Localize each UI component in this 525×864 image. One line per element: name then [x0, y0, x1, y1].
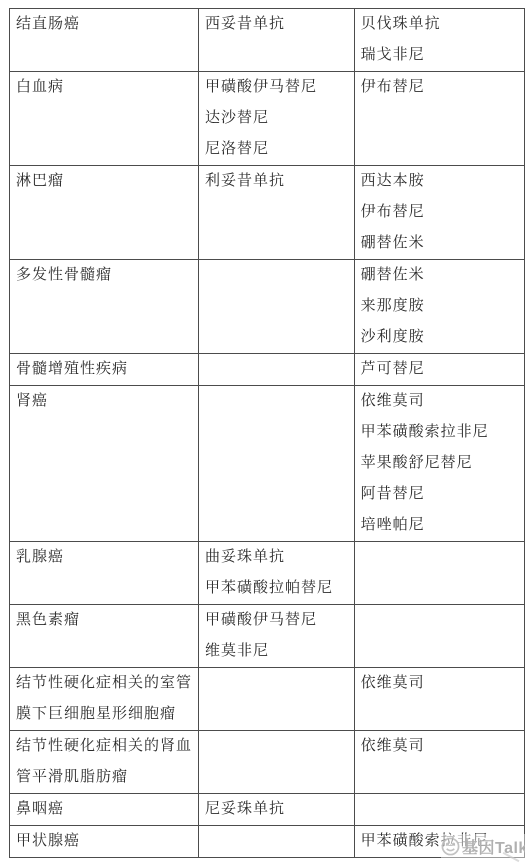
drug-cell	[199, 386, 355, 542]
table-row: 淋巴瘤利妥昔单抗西达本胺伊布替尼硼替佐米	[10, 166, 525, 260]
cell-line: 结直肠癌	[16, 9, 192, 40]
cell-line: 肾癌	[16, 386, 192, 417]
cell-line: 曲妥珠单抗	[205, 542, 348, 573]
table-row: 骨髓增殖性疾病芦可替尼	[10, 354, 525, 386]
drug-cell: 尼妥珠单抗	[199, 794, 355, 826]
drug-cell: 西达本胺伊布替尼硼替佐米	[354, 166, 524, 260]
drug-cell: 贝伐珠单抗瑞戈非尼	[354, 9, 524, 72]
table-row: 多发性骨髓瘤硼替佐米来那度胺沙利度胺	[10, 260, 525, 354]
cell-line: 瑞戈非尼	[361, 40, 518, 71]
disease-cell: 肾癌	[10, 386, 199, 542]
disease-cell: 鼻咽癌	[10, 794, 199, 826]
cell-line-empty	[361, 542, 518, 573]
cell-line-empty	[205, 386, 348, 417]
cell-line: 尼妥珠单抗	[205, 794, 348, 825]
cell-line: 管平滑肌脂肪瘤	[16, 762, 192, 793]
drug-cell	[354, 542, 524, 605]
drug-cell: 甲磺酸伊马替尼达沙替尼尼洛替尼	[199, 72, 355, 166]
cell-line: 甲磺酸伊马替尼	[205, 72, 348, 103]
drug-cell: 硼替佐米来那度胺沙利度胺	[354, 260, 524, 354]
drug-cell: 利妥昔单抗	[199, 166, 355, 260]
drug-cell	[199, 668, 355, 731]
drug-cell	[199, 826, 355, 858]
table-row: 结直肠癌西妥昔单抗贝伐珠单抗瑞戈非尼	[10, 9, 525, 72]
cell-line: 淋巴瘤	[16, 166, 192, 197]
cell-line: 鼻咽癌	[16, 794, 192, 825]
drug-cell: 芦可替尼	[354, 354, 524, 386]
cell-line: 苹果酸舒尼替尼	[361, 448, 518, 479]
cell-line-empty	[205, 354, 348, 385]
disease-cell: 白血病	[10, 72, 199, 166]
cell-line: 贝伐珠单抗	[361, 9, 518, 40]
drug-cell: 曲妥珠单抗甲苯磺酸拉帕替尼	[199, 542, 355, 605]
table-row: 乳腺癌曲妥珠单抗甲苯磺酸拉帕替尼	[10, 542, 525, 605]
cell-line: 乳腺癌	[16, 542, 192, 573]
drug-cell	[199, 731, 355, 794]
drug-cell	[199, 354, 355, 386]
drug-cell: 甲磺酸伊马替尼维莫非尼	[199, 605, 355, 668]
drug-cell	[354, 794, 524, 826]
disease-drug-table: 结直肠癌西妥昔单抗贝伐珠单抗瑞戈非尼白血病甲磺酸伊马替尼达沙替尼尼洛替尼伊布替尼…	[9, 8, 525, 858]
cell-line: 硼替佐米	[361, 260, 518, 291]
cell-line: 依维莫司	[361, 386, 518, 417]
cell-line: 黑色素瘤	[16, 605, 192, 636]
cell-line-empty	[361, 794, 518, 825]
cell-line: 结节性硬化症相关的室管	[16, 668, 192, 699]
cell-line-empty	[205, 731, 348, 762]
cell-line-empty	[361, 605, 518, 636]
cell-line: 甲苯磺酸拉帕替尼	[205, 573, 348, 604]
cell-line: 硼替佐米	[361, 228, 518, 259]
cell-line: 骨髓增殖性疾病	[16, 354, 192, 385]
cell-line: 培唑帕尼	[361, 510, 518, 541]
cell-line: 来那度胺	[361, 291, 518, 322]
cell-line: 甲磺酸伊马替尼	[205, 605, 348, 636]
document-page: 结直肠癌西妥昔单抗贝伐珠单抗瑞戈非尼白血病甲磺酸伊马替尼达沙替尼尼洛替尼伊布替尼…	[0, 0, 525, 864]
cell-line: 西妥昔单抗	[205, 9, 348, 40]
drug-table-body: 结直肠癌西妥昔单抗贝伐珠单抗瑞戈非尼白血病甲磺酸伊马替尼达沙替尼尼洛替尼伊布替尼…	[10, 9, 525, 858]
cell-line: 伊布替尼	[361, 72, 518, 103]
disease-cell: 黑色素瘤	[10, 605, 199, 668]
cell-line-empty	[205, 668, 348, 699]
drug-cell: 依维莫司	[354, 668, 524, 731]
table-row: 结节性硬化症相关的室管膜下巨细胞星形细胞瘤依维莫司	[10, 668, 525, 731]
drug-cell: 依维莫司	[354, 731, 524, 794]
cell-line-empty	[205, 826, 348, 857]
drug-cell: 甲苯磺酸索拉非尼	[354, 826, 524, 858]
drug-cell: 伊布替尼	[354, 72, 524, 166]
disease-cell: 多发性骨髓瘤	[10, 260, 199, 354]
cell-line-empty	[205, 260, 348, 291]
disease-cell: 乳腺癌	[10, 542, 199, 605]
table-row: 黑色素瘤甲磺酸伊马替尼维莫非尼	[10, 605, 525, 668]
drug-cell	[354, 605, 524, 668]
cell-line: 膜下巨细胞星形细胞瘤	[16, 699, 192, 730]
disease-cell: 淋巴瘤	[10, 166, 199, 260]
cell-line: 沙利度胺	[361, 322, 518, 353]
cell-line: 尼洛替尼	[205, 134, 348, 165]
cell-line: 伊布替尼	[361, 197, 518, 228]
table-row: 肾癌依维莫司甲苯磺酸索拉非尼苹果酸舒尼替尼阿昔替尼培唑帕尼	[10, 386, 525, 542]
cell-line: 多发性骨髓瘤	[16, 260, 192, 291]
cell-line: 白血病	[16, 72, 192, 103]
cell-line: 利妥昔单抗	[205, 166, 348, 197]
table-row: 鼻咽癌尼妥珠单抗	[10, 794, 525, 826]
cell-line: 西达本胺	[361, 166, 518, 197]
drug-cell: 依维莫司甲苯磺酸索拉非尼苹果酸舒尼替尼阿昔替尼培唑帕尼	[354, 386, 524, 542]
table-row: 白血病甲磺酸伊马替尼达沙替尼尼洛替尼伊布替尼	[10, 72, 525, 166]
cell-line: 甲苯磺酸索拉非尼	[361, 826, 518, 857]
disease-cell: 结直肠癌	[10, 9, 199, 72]
drug-cell: 西妥昔单抗	[199, 9, 355, 72]
cell-line: 甲状腺癌	[16, 826, 192, 857]
cell-line: 达沙替尼	[205, 103, 348, 134]
cell-line: 甲苯磺酸索拉非尼	[361, 417, 518, 448]
cell-line: 维莫非尼	[205, 636, 348, 667]
cell-line: 依维莫司	[361, 731, 518, 762]
cell-line: 依维莫司	[361, 668, 518, 699]
drug-cell	[199, 260, 355, 354]
cell-line: 结节性硬化症相关的肾血	[16, 731, 192, 762]
table-row: 甲状腺癌甲苯磺酸索拉非尼	[10, 826, 525, 858]
disease-cell: 结节性硬化症相关的室管膜下巨细胞星形细胞瘤	[10, 668, 199, 731]
disease-cell: 甲状腺癌	[10, 826, 199, 858]
cell-line: 芦可替尼	[361, 354, 518, 385]
disease-cell: 结节性硬化症相关的肾血管平滑肌脂肪瘤	[10, 731, 199, 794]
table-row: 结节性硬化症相关的肾血管平滑肌脂肪瘤依维莫司	[10, 731, 525, 794]
cell-line: 阿昔替尼	[361, 479, 518, 510]
disease-cell: 骨髓增殖性疾病	[10, 354, 199, 386]
